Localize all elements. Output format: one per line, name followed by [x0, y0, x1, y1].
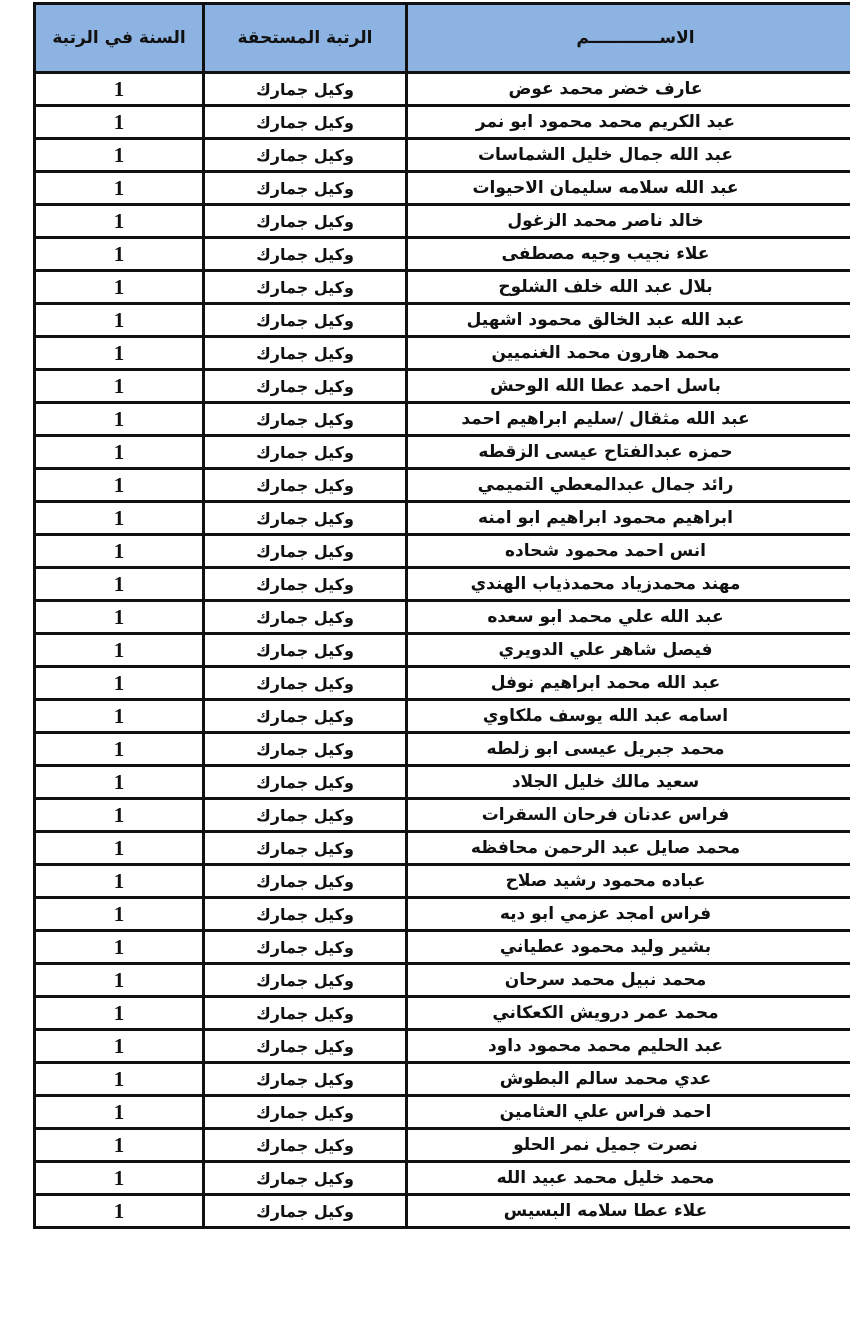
rank-cell: وكيل جمارك	[204, 238, 407, 271]
rank-cell: وكيل جمارك	[204, 931, 407, 964]
name-cell: عبد الله محمد ابراهيم نوفل	[407, 667, 850, 700]
name-cell: احمد فراس علي العثامين	[407, 1096, 850, 1129]
rank-cell: وكيل جمارك	[204, 172, 407, 205]
rank-cell: وكيل جمارك	[204, 502, 407, 535]
rank-cell: وكيل جمارك	[204, 73, 407, 106]
header-due-rank: الرتبة المستحقة	[204, 4, 407, 73]
year-cell: 1	[35, 634, 204, 667]
table-row: 1وكيل جماركمحمد خليل محمد عبيد الله	[35, 1162, 850, 1195]
table-row: 1وكيل جماركعارف خضر محمد عوض	[35, 73, 850, 106]
table-row: 1وكيل جماركبلال عبد الله خلف الشلوح	[35, 271, 850, 304]
header-row: السنة في الرتبة الرتبة المستحقة الاســــ…	[35, 4, 850, 73]
year-cell: 1	[35, 205, 204, 238]
year-cell: 1	[35, 766, 204, 799]
name-cell: مهند محمدزياد محمدذياب الهندي	[407, 568, 850, 601]
table-row: 1وكيل جماركعبد الله مثقال /سليم ابراهيم …	[35, 403, 850, 436]
table-row: 1وكيل جماركمحمد جبريل عيسى ابو زلطه	[35, 733, 850, 766]
table-row: 1وكيل جماركانس احمد محمود شحاده	[35, 535, 850, 568]
year-cell: 1	[35, 799, 204, 832]
rank-cell: وكيل جمارك	[204, 370, 407, 403]
table-row: 1وكيل جماركخالد ناصر محمد الزغول	[35, 205, 850, 238]
year-cell: 1	[35, 733, 204, 766]
rank-cell: وكيل جمارك	[204, 865, 407, 898]
year-cell: 1	[35, 1063, 204, 1096]
rank-cell: وكيل جمارك	[204, 1162, 407, 1195]
year-cell: 1	[35, 139, 204, 172]
name-cell: عبد الحليم محمد محمود داود	[407, 1030, 850, 1063]
rank-cell: وكيل جمارك	[204, 304, 407, 337]
table-row: 1وكيل جماركعبد الله محمد ابراهيم نوفل	[35, 667, 850, 700]
name-cell: باسل احمد عطا الله الوحش	[407, 370, 850, 403]
table-body: 1وكيل جماركعارف خضر محمد عوض1وكيل جماركع…	[35, 73, 850, 1228]
table-row: 1وكيل جماركعبد الحليم محمد محمود داود	[35, 1030, 850, 1063]
year-cell: 1	[35, 700, 204, 733]
rank-cell: وكيل جمارك	[204, 139, 407, 172]
rank-cell: وكيل جمارك	[204, 1063, 407, 1096]
table-row: 1وكيل جماركعلاء نجيب وجيه مصطفى	[35, 238, 850, 271]
year-cell: 1	[35, 238, 204, 271]
rank-cell: وكيل جمارك	[204, 1195, 407, 1228]
name-cell: عبد الله علي محمد ابو سعده	[407, 601, 850, 634]
table-row: 1وكيل جماركحمزه عبدالفتاح عيسى الزقطه	[35, 436, 850, 469]
table-row: 1وكيل جماركفيصل شاهر علي الدويري	[35, 634, 850, 667]
year-cell: 1	[35, 304, 204, 337]
year-cell: 1	[35, 1129, 204, 1162]
rank-cell: وكيل جمارك	[204, 997, 407, 1030]
name-cell: علاء عطا سلامه البسيس	[407, 1195, 850, 1228]
name-cell: انس احمد محمود شحاده	[407, 535, 850, 568]
rank-cell: وكيل جمارك	[204, 799, 407, 832]
name-cell: فيصل شاهر علي الدويري	[407, 634, 850, 667]
name-cell: محمد جبريل عيسى ابو زلطه	[407, 733, 850, 766]
name-cell: عدي محمد سالم البطوش	[407, 1063, 850, 1096]
year-cell: 1	[35, 1162, 204, 1195]
table-row: 1وكيل جماركعبد الله سلامه سليمان الاحيوا…	[35, 172, 850, 205]
year-cell: 1	[35, 667, 204, 700]
year-cell: 1	[35, 469, 204, 502]
table-row: 1وكيل جماركابراهيم محمود ابراهيم ابو امن…	[35, 502, 850, 535]
header-name: الاســــــــــــم	[407, 4, 850, 73]
name-cell: بلال عبد الله خلف الشلوح	[407, 271, 850, 304]
name-cell: عارف خضر محمد عوض	[407, 73, 850, 106]
name-cell: سعيد مالك خليل الجلاد	[407, 766, 850, 799]
rank-cell: وكيل جمارك	[204, 469, 407, 502]
name-cell: عبد الكريم محمد محمود ابو نمر	[407, 106, 850, 139]
table-row: 1وكيل جماركعبد الله عبد الخالق محمود اشه…	[35, 304, 850, 337]
year-cell: 1	[35, 370, 204, 403]
name-cell: فراس امجد عزمي ابو ديه	[407, 898, 850, 931]
name-cell: حمزه عبدالفتاح عيسى الزقطه	[407, 436, 850, 469]
table-row: 1وكيل جماركنصرت جميل نمر الحلو	[35, 1129, 850, 1162]
name-cell: خالد ناصر محمد الزغول	[407, 205, 850, 238]
name-cell: فراس عدنان فرحان السقرات	[407, 799, 850, 832]
table-row: 1وكيل جماركباسل احمد عطا الله الوحش	[35, 370, 850, 403]
year-cell: 1	[35, 931, 204, 964]
rank-cell: وكيل جمارك	[204, 964, 407, 997]
year-cell: 1	[35, 832, 204, 865]
rank-cell: وكيل جمارك	[204, 337, 407, 370]
table-row: 1وكيل جماركمحمد عمر درويش الكعكاني	[35, 997, 850, 1030]
table-row: 1وكيل جماركعبد الله علي محمد ابو سعده	[35, 601, 850, 634]
rank-cell: وكيل جمارك	[204, 832, 407, 865]
name-cell: محمد عمر درويش الكعكاني	[407, 997, 850, 1030]
table-row: 1وكيل جماركعبد الكريم محمد محمود ابو نمر	[35, 106, 850, 139]
header-year-in-rank: السنة في الرتبة	[35, 4, 204, 73]
rank-cell: وكيل جمارك	[204, 205, 407, 238]
table-row: 1وكيل جماركفراس عدنان فرحان السقرات	[35, 799, 850, 832]
table-row: 1وكيل جماركمهند محمدزياد محمدذياب الهندي	[35, 568, 850, 601]
year-cell: 1	[35, 1195, 204, 1228]
year-cell: 1	[35, 106, 204, 139]
table-row: 1وكيل جماركعباده محمود رشيد صلاح	[35, 865, 850, 898]
year-cell: 1	[35, 73, 204, 106]
name-cell: عباده محمود رشيد صلاح	[407, 865, 850, 898]
table-row: 1وكيل جماركمحمد نبيل محمد سرحان	[35, 964, 850, 997]
year-cell: 1	[35, 403, 204, 436]
promotion-list-sheet: السنة في الرتبة الرتبة المستحقة الاســــ…	[33, 2, 850, 1229]
rank-cell: وكيل جمارك	[204, 766, 407, 799]
year-cell: 1	[35, 964, 204, 997]
name-cell: محمد هارون محمد الغنميين	[407, 337, 850, 370]
rank-cell: وكيل جمارك	[204, 700, 407, 733]
table-row: 1وكيل جماركفراس امجد عزمي ابو ديه	[35, 898, 850, 931]
name-cell: نصرت جميل نمر الحلو	[407, 1129, 850, 1162]
table-row: 1وكيل جماركاسامه عبد الله يوسف ملكاوي	[35, 700, 850, 733]
year-cell: 1	[35, 568, 204, 601]
rank-cell: وكيل جمارك	[204, 436, 407, 469]
promotion-table: السنة في الرتبة الرتبة المستحقة الاســــ…	[33, 2, 850, 1229]
rank-cell: وكيل جمارك	[204, 535, 407, 568]
rank-cell: وكيل جمارك	[204, 403, 407, 436]
name-cell: عبد الله مثقال /سليم ابراهيم احمد	[407, 403, 850, 436]
rank-cell: وكيل جمارك	[204, 568, 407, 601]
name-cell: عبد الله سلامه سليمان الاحيوات	[407, 172, 850, 205]
rank-cell: وكيل جمارك	[204, 667, 407, 700]
table-row: 1وكيل جماركمحمد صايل عبد الرحمن محافظه	[35, 832, 850, 865]
rank-cell: وكيل جمارك	[204, 271, 407, 304]
year-cell: 1	[35, 601, 204, 634]
table-row: 1وكيل جماركرائد جمال عبدالمعطي التميمي	[35, 469, 850, 502]
table-row: 1وكيل جماركاحمد فراس علي العثامين	[35, 1096, 850, 1129]
year-cell: 1	[35, 1096, 204, 1129]
rank-cell: وكيل جمارك	[204, 898, 407, 931]
year-cell: 1	[35, 436, 204, 469]
year-cell: 1	[35, 172, 204, 205]
rank-cell: وكيل جمارك	[204, 1129, 407, 1162]
year-cell: 1	[35, 1030, 204, 1063]
name-cell: علاء نجيب وجيه مصطفى	[407, 238, 850, 271]
table-row: 1وكيل جماركسعيد مالك خليل الجلاد	[35, 766, 850, 799]
name-cell: ابراهيم محمود ابراهيم ابو امنه	[407, 502, 850, 535]
table-row: 1وكيل جماركبشير وليد محمود عطياني	[35, 931, 850, 964]
table-row: 1وكيل جماركعدي محمد سالم البطوش	[35, 1063, 850, 1096]
rank-cell: وكيل جمارك	[204, 634, 407, 667]
year-cell: 1	[35, 865, 204, 898]
rank-cell: وكيل جمارك	[204, 733, 407, 766]
year-cell: 1	[35, 337, 204, 370]
year-cell: 1	[35, 997, 204, 1030]
name-cell: اسامه عبد الله يوسف ملكاوي	[407, 700, 850, 733]
table-row: 1وكيل جماركعبد الله جمال خليل الشماسات	[35, 139, 850, 172]
name-cell: عبد الله عبد الخالق محمود اشهيل	[407, 304, 850, 337]
year-cell: 1	[35, 502, 204, 535]
rank-cell: وكيل جمارك	[204, 1030, 407, 1063]
rank-cell: وكيل جمارك	[204, 1096, 407, 1129]
name-cell: رائد جمال عبدالمعطي التميمي	[407, 469, 850, 502]
year-cell: 1	[35, 271, 204, 304]
name-cell: محمد صايل عبد الرحمن محافظه	[407, 832, 850, 865]
name-cell: عبد الله جمال خليل الشماسات	[407, 139, 850, 172]
rank-cell: وكيل جمارك	[204, 601, 407, 634]
table-row: 1وكيل جماركعلاء عطا سلامه البسيس	[35, 1195, 850, 1228]
name-cell: محمد خليل محمد عبيد الله	[407, 1162, 850, 1195]
table-row: 1وكيل جماركمحمد هارون محمد الغنميين	[35, 337, 850, 370]
name-cell: بشير وليد محمود عطياني	[407, 931, 850, 964]
rank-cell: وكيل جمارك	[204, 106, 407, 139]
name-cell: محمد نبيل محمد سرحان	[407, 964, 850, 997]
year-cell: 1	[35, 898, 204, 931]
year-cell: 1	[35, 535, 204, 568]
